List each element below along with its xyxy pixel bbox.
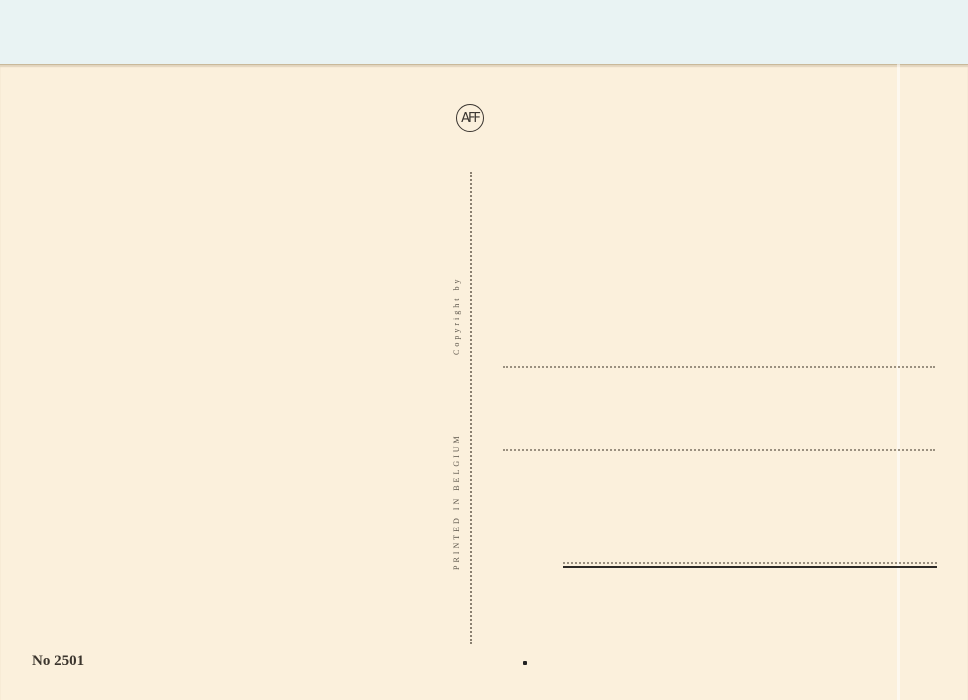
- address-line-3: [563, 562, 937, 564]
- address-underline: [563, 566, 937, 568]
- address-line-1: [503, 366, 935, 368]
- center-divider: [470, 172, 472, 644]
- postcard-back: [0, 64, 968, 700]
- ink-dot: [523, 661, 527, 665]
- address-line-2: [503, 449, 935, 451]
- fold-crease: [897, 64, 900, 700]
- publisher-logo-icon: AFF: [456, 104, 484, 132]
- copyright-text: Copyright by: [452, 245, 464, 355]
- printed-in-text: PRINTED IN BELGIUM: [452, 380, 464, 570]
- card-number: No 2501: [32, 653, 84, 670]
